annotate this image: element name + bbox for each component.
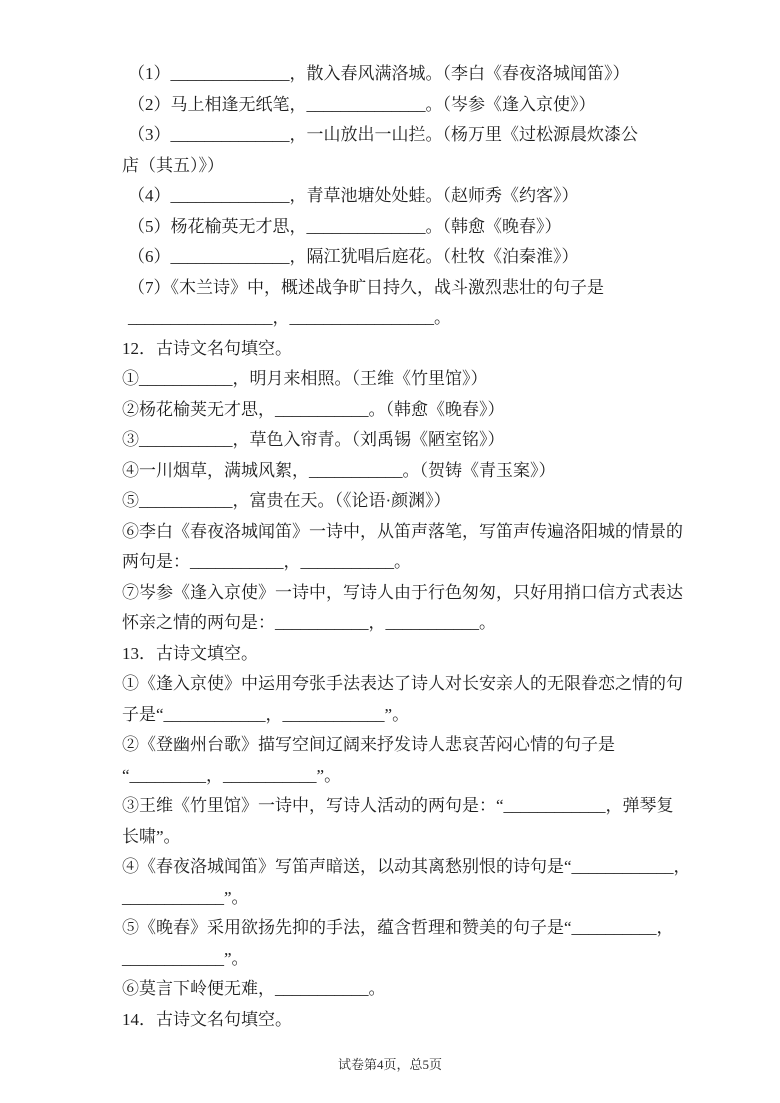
question-14-heading: 14．古诗文名句填空。 [122,1005,680,1036]
q13-item-6: ⑥莫言下岭便无难，___________。 [122,974,680,1005]
q11-item-1: （1）______________，散入春风满洛城。（李白《春夜洛城闻笛》） [122,59,680,90]
question-12-heading: 12．古诗文名句填空。 [122,334,680,365]
q11-item-4: （4）______________，青草池塘处处蛙。（赵师秀《约客》） [122,181,680,212]
question-13: 13．古诗文填空。 ①《逢入京使》中运用夸张手法表达了诗人对长安亲人的无限眷恋之… [122,639,680,1005]
q12-item-2: ②杨花榆荚无才思，___________。（韩愈《晚春》） [122,395,680,426]
q12-item-4: ④一川烟草，满城风絮，___________。（贺铸《青玉案》） [122,456,680,487]
paper-content: （1）______________，散入春风满洛城。（李白《春夜洛城闻笛》） （… [122,59,680,1035]
q12-item-5: ⑤___________，富贵在天。（《论语·颜渊》） [122,486,680,517]
q13-item-1-line-2: 子是“____________，____________”。 [122,700,680,731]
page-number-text: 试卷第4页，总5页 [338,1057,442,1072]
q12-item-1: ①___________，明月来相照。（王维《竹里馆》） [122,364,680,395]
question-11-fill-in-blanks: （1）______________，散入春风满洛城。（李白《春夜洛城闻笛》） （… [122,59,680,334]
question-13-heading: 13．古诗文填空。 [122,639,680,670]
exam-paper-page: （1）______________，散入春风满洛城。（李白《春夜洛城闻笛》） （… [0,0,780,1103]
q13-item-4-line-2: ____________”。 [122,883,680,914]
q13-item-3-line-1: ③王维《竹里馆》一诗中，写诗人活动的两句是：“____________，弹琴复 [122,791,680,822]
q12-item-7-line-1: ⑦岑参《逢入京使》一诗中，写诗人由于行色匆匆，只好用捎口信方式表达 [122,578,680,609]
question-12: 12．古诗文名句填空。 ①___________，明月来相照。（王维《竹里馆》）… [122,334,680,639]
page-footer: 试卷第4页，总5页 [0,1054,780,1073]
q13-item-4-line-1: ④《春夜洛城闻笛》写笛声暗送，以动其离愁别恨的诗句是“____________， [122,852,680,883]
q11-item-5: （5）杨花榆英无才思，______________。（韩愈《晚春》） [122,212,680,243]
q13-item-2-line-1: ②《登幽州台歌》描写空间辽阔来抒发诗人悲哀苦闷心情的句子是 [122,730,680,761]
q13-item-2-line-2: “_________，___________”。 [122,761,680,792]
q13-item-1-line-1: ①《逢入京使》中运用夸张手法表达了诗人对长安亲人的无限眷恋之情的句 [122,669,680,700]
question-14: 14．古诗文名句填空。 [122,1005,680,1036]
q11-item-7-answer-blanks: _________________，_________________。 [122,303,680,334]
q13-item-3-line-2: 长啸”。 [122,822,680,853]
q13-item-5-line-2: ____________”。 [122,944,680,975]
q12-item-6-line-1: ⑥李白《春夜洛城闻笛》一诗中，从笛声落笔，写笛声传遍洛阳城的情景的 [122,517,680,548]
q12-item-6-line-2: 两句是：___________，___________。 [122,547,680,578]
q11-item-2: （2）马上相逢无纸笔，______________。（岑参《逢入京使》） [122,90,680,121]
q12-item-7-line-2: 怀亲之情的两句是：___________，___________。 [122,608,680,639]
q12-item-3: ③___________，草色入帘青。（刘禹锡《陋室铭》） [122,425,680,456]
q11-item-3-line-1: （3）______________，一山放出一山拦。（杨万里《过松源晨炊漆公 [122,120,680,151]
q11-item-7-line-1: （7）《木兰诗》中，概述战争旷日持久，战斗激烈悲壮的句子是 [122,273,680,304]
q11-item-3-line-2: 店（其五）》） [122,151,680,182]
q11-item-6: （6）______________，隔江犹唱后庭花。（杜牧《泊秦淮》） [122,242,680,273]
q13-item-5-line-1: ⑤《晚春》采用欲扬先抑的手法，蕴含哲理和赞美的句子是“__________， [122,913,680,944]
